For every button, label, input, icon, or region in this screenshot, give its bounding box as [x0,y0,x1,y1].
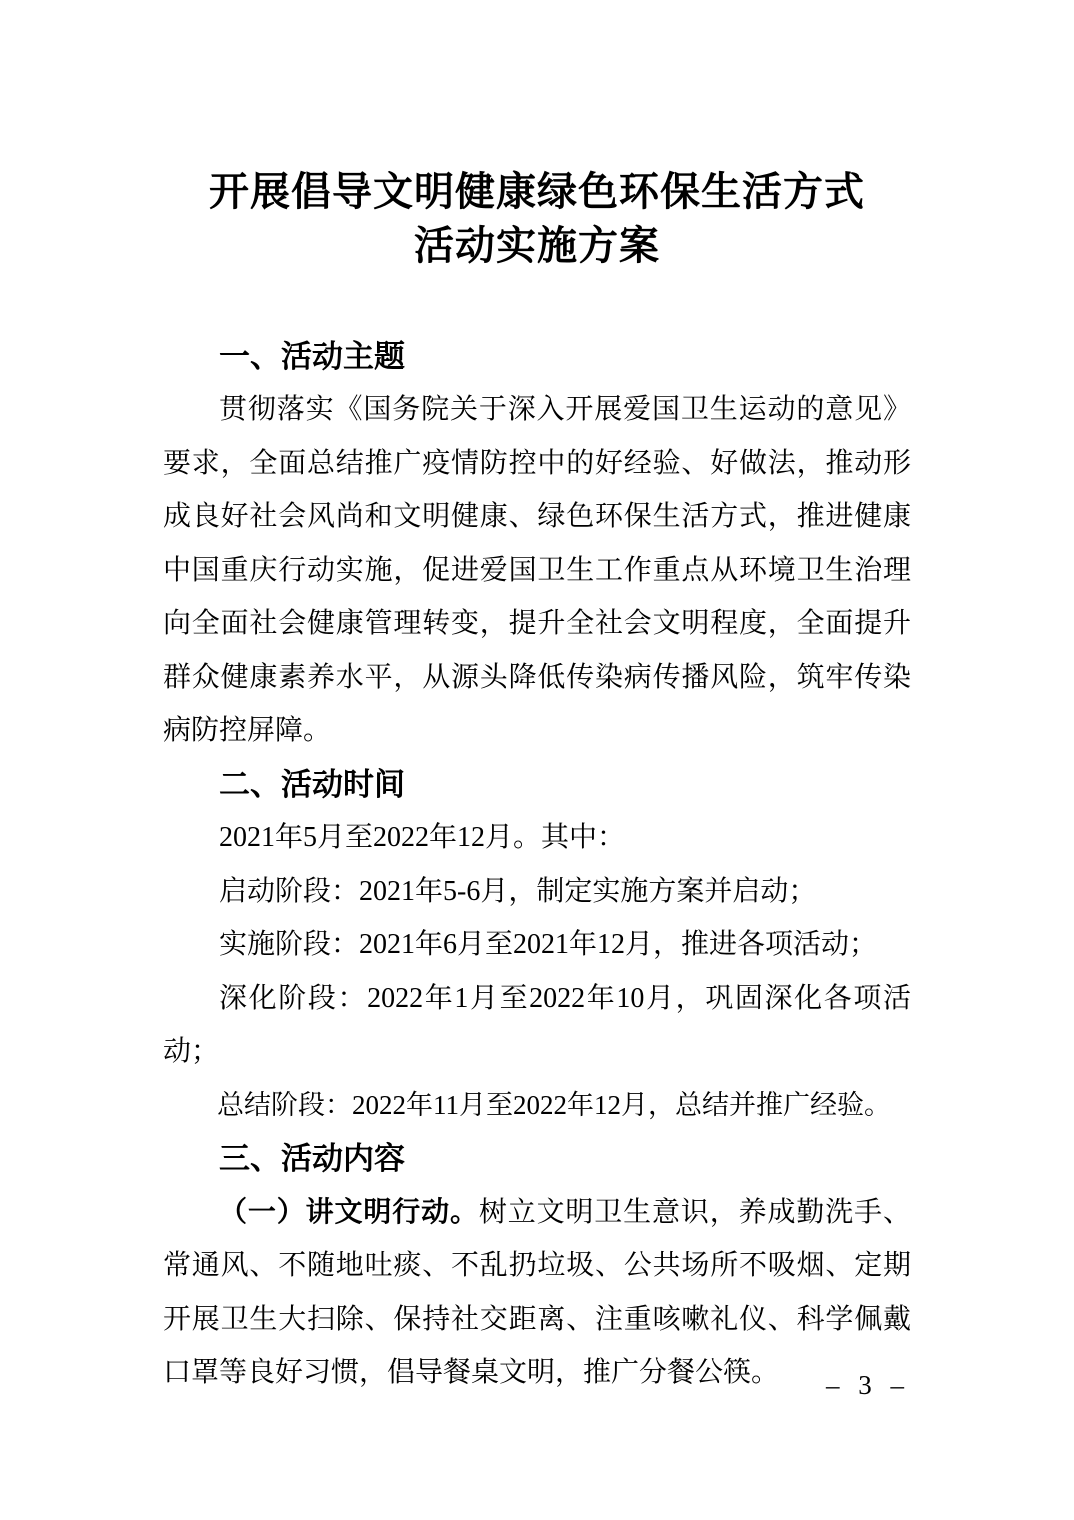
paragraph-phase-implement: 实施阶段：2021年6月至2021年12月，推进各项活动； [163,918,911,972]
page-number: – 3 – [826,1368,910,1402]
paragraph-time-range: 2021年5月至2022年12月。其中： [163,811,911,865]
document-title-line1: 开展倡导文明健康绿色环保生活方式 [0,165,1074,219]
document-body: 一、活动主题 贯彻落实《国务院关于深入开展爱国卫生运动的意见》要求，全面总结推广… [163,330,911,1400]
document-title: 开展倡导文明健康绿色环保生活方式 活动实施方案 [0,27,1074,273]
paragraph-phase-summarize: 总结阶段：2022年11月至2022年12月，总结并推广经验。 [163,1079,911,1133]
paragraph-phase-deepen: 深化阶段：2022年1月至2022年10月，巩固深化各项活动； [163,972,911,1079]
paragraph-content-item1: （一）讲文明行动。树立文明卫生意识，养成勤洗手、常通风、不随地吐痰、不乱扔垃圾、… [163,1186,911,1400]
document-title-line2: 活动实施方案 [0,219,1074,273]
section-heading-activity-theme: 一、活动主题 [163,330,911,384]
paragraph-content-item1-lead: （一）讲文明行动。 [219,1197,479,1228]
section-heading-activity-time: 二、活动时间 [163,758,911,812]
section-heading-activity-content: 三、活动内容 [163,1132,911,1186]
document-page: 开展倡导文明健康绿色环保生活方式 活动实施方案 一、活动主题 贯彻落实《国务院关… [0,0,1074,1520]
paragraph-theme-body: 贯彻落实《国务院关于深入开展爱国卫生运动的意见》要求，全面总结推广疫情防控中的好… [163,383,911,758]
paragraph-phase-launch: 启动阶段：2021年5-6月，制定实施方案并启动； [163,865,911,919]
